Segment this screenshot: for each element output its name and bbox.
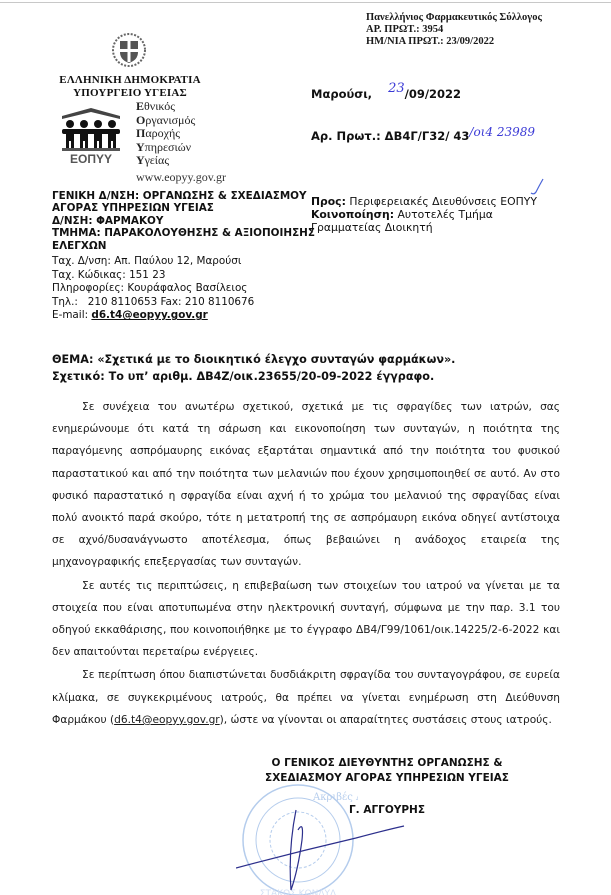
handwritten-protocol: /οι4 23989 — [469, 125, 535, 139]
contact-postal-code: Ταχ. Κώδικας: 151 23 — [52, 269, 254, 283]
ministry-label: ΥΠΟΥΡΓΕΙΟ ΥΓΕΙΑΣ — [55, 87, 205, 100]
signatory-name: Γ. ΑΓΓΟΥΡΗΣ — [262, 803, 512, 818]
department-line: ΑΓΟΡΑΣ ΥΠΗΡΕΣΙΩΝ ΥΓΕΙΑΣ — [52, 202, 315, 214]
contact-email: E-mail: d6.t4@eopyy.gov.gr — [52, 309, 254, 323]
protocol-stamp: Πανελλήνιος Φαρμακευτικός Σύλλογος ΑΡ. Π… — [366, 12, 542, 48]
org-word: Παροχής — [136, 127, 195, 141]
recipients-block: Προς: Περιφερειακές Διευθύνσεις ΕΟΠΥΥ Κο… — [311, 195, 537, 234]
contact-info: Πληροφορίες: Κουράφαλος Βασίλειος — [52, 282, 254, 296]
department-line: ΓΕΝΙΚΗ Δ/ΝΣΗ: ΟΡΓΑΝΩΣΗΣ & ΣΧΕΔΙΑΣΜΟΥ — [52, 190, 315, 202]
handwritten-day: 23 — [388, 81, 405, 96]
stamp-protocol-number: ΑΡ. ΠΡΩΤ.: 3954 — [366, 24, 542, 36]
contact-address: Ταχ. Δ/νση: Απ. Παύλου 12, Μαρούσι — [52, 255, 254, 269]
to-line: Προς: Περιφερειακές Διευθύνσεις ΕΟΠΥΥ — [311, 195, 537, 208]
department-line: Δ/ΝΣΗ: ΦΑΡΜΑΚΟΥ — [52, 215, 315, 227]
signatory-title-line1: Ο ΓΕΝΙΚΟΣ ΔΙΕΥΘΥΝΤΗΣ ΟΡΓΑΝΩΣΗΣ & — [262, 756, 512, 771]
letter-body: Σε συνέχεια του ανωτέρω σχετικού, σχετικ… — [52, 396, 560, 731]
place-label: Μαρούσι, — [311, 87, 372, 101]
signatory-title-line2: ΣΧΕΔΙΑΣΜΟΥ ΑΓΟΡΑΣ ΥΠΗΡΕΣΙΩΝ ΥΓΕΙΑΣ — [262, 771, 512, 786]
government-header: ΕΛΛΗΝΙΚΗ ΔΗΜΟΚΡΑΤΙΑ ΥΠΟΥΡΓΕΙΟ ΥΓΕΙΑΣ — [55, 74, 205, 100]
checkmark-icon — [530, 178, 544, 196]
eopyy-logo-icon: ΕΟΠΥΥ — [60, 104, 122, 166]
org-word: Υπηρεσιών — [136, 141, 195, 155]
coat-of-arms-icon — [111, 32, 147, 68]
protocol-number: Αρ. Πρωτ.: ΔΒ4Γ/Γ32/ 43/οι4 23989 — [311, 129, 535, 143]
subject-topic: ΘΕΜΑ: «Σχετικά με το διοικητικό έλεγχο σ… — [52, 351, 455, 368]
contact-block: Ταχ. Δ/νση: Απ. Παύλου 12, Μαρούσι Ταχ. … — [52, 255, 254, 323]
republic-label: ΕΛΛΗΝΙΚΗ ΔΗΜΟΚΡΑΤΙΑ — [55, 74, 205, 87]
department-line: ΕΛΕΓΧΩΝ — [52, 240, 315, 252]
org-word: Εθνικός — [136, 100, 195, 114]
website-url[interactable]: www.eopyy.gov.gr — [136, 170, 226, 185]
org-word: Οργανισμός — [136, 114, 195, 128]
subject-block: ΘΕΜΑ: «Σχετικά με το διοικητικό έλεγχο σ… — [52, 351, 455, 385]
body-paragraph: Σε αυτές τις περιπτώσεις, η επιβεβαίωση … — [52, 575, 560, 664]
stamp-organization: Πανελλήνιος Φαρμακευτικός Σύλλογος — [366, 12, 542, 24]
department-block: ΓΕΝΙΚΗ Δ/ΝΣΗ: ΟΡΓΑΝΩΣΗΣ & ΣΧΕΔΙΑΣΜΟΥ ΑΓΟ… — [52, 190, 315, 252]
email-link[interactable]: d6.t4@eopyy.gov.gr — [91, 309, 207, 321]
body-paragraph: Σε συνέχεια του ανωτέρω σχετικού, σχετικ… — [52, 396, 560, 574]
place-date: Μαρούσι, 23/09/2022 — [311, 87, 461, 102]
email-link-inline[interactable]: d6.t4@eopyy.gov.gr — [114, 714, 220, 726]
department-line: ΤΜΗΜΑ: ΠΑΡΑΚΟΛΟΥΘΗΣΗΣ & ΑΞΙΟΠΟΙΗΣΗΣ — [52, 227, 315, 239]
body-paragraph: Σε περίπτωση όπου διαπιστώνεται δυσδιάκρ… — [52, 664, 560, 731]
logo-label: ΕΟΠΥΥ — [70, 152, 112, 166]
page-top-border — [0, 2, 611, 3]
protocol-prefix: Αρ. Πρωτ.: ΔΒ4Γ/Γ32/ 43 — [311, 129, 469, 143]
contact-phone: Τηλ.: 210 8110653 Fax: 210 8110676 — [52, 296, 254, 310]
organization-name: Εθνικός Οργανισμός Παροχής Υπηρεσιών Υγε… — [136, 100, 195, 168]
cc-line-2: Γραμματείας Διοικητή — [311, 221, 537, 234]
subject-reference: Σχετικό: Το υπ’ αριθμ. ΔΒ4Ζ/οικ.23655/20… — [52, 368, 455, 385]
org-word: Υγείας — [136, 154, 195, 168]
signature-block: Ο ΓΕΝΙΚΟΣ ΔΙΕΥΘΥΝΤΗΣ ΟΡΓΑΝΩΣΗΣ & ΣΧΕΔΙΑΣ… — [262, 756, 512, 818]
cc-line: Κοινοποίηση: Αυτοτελές Τμήμα — [311, 208, 537, 221]
date-rest: /09/2022 — [405, 87, 461, 101]
stamp-protocol-date: ΗΜ/ΝΙΑ ΠΡΩΤ.: 23/09/2022 — [366, 36, 542, 48]
